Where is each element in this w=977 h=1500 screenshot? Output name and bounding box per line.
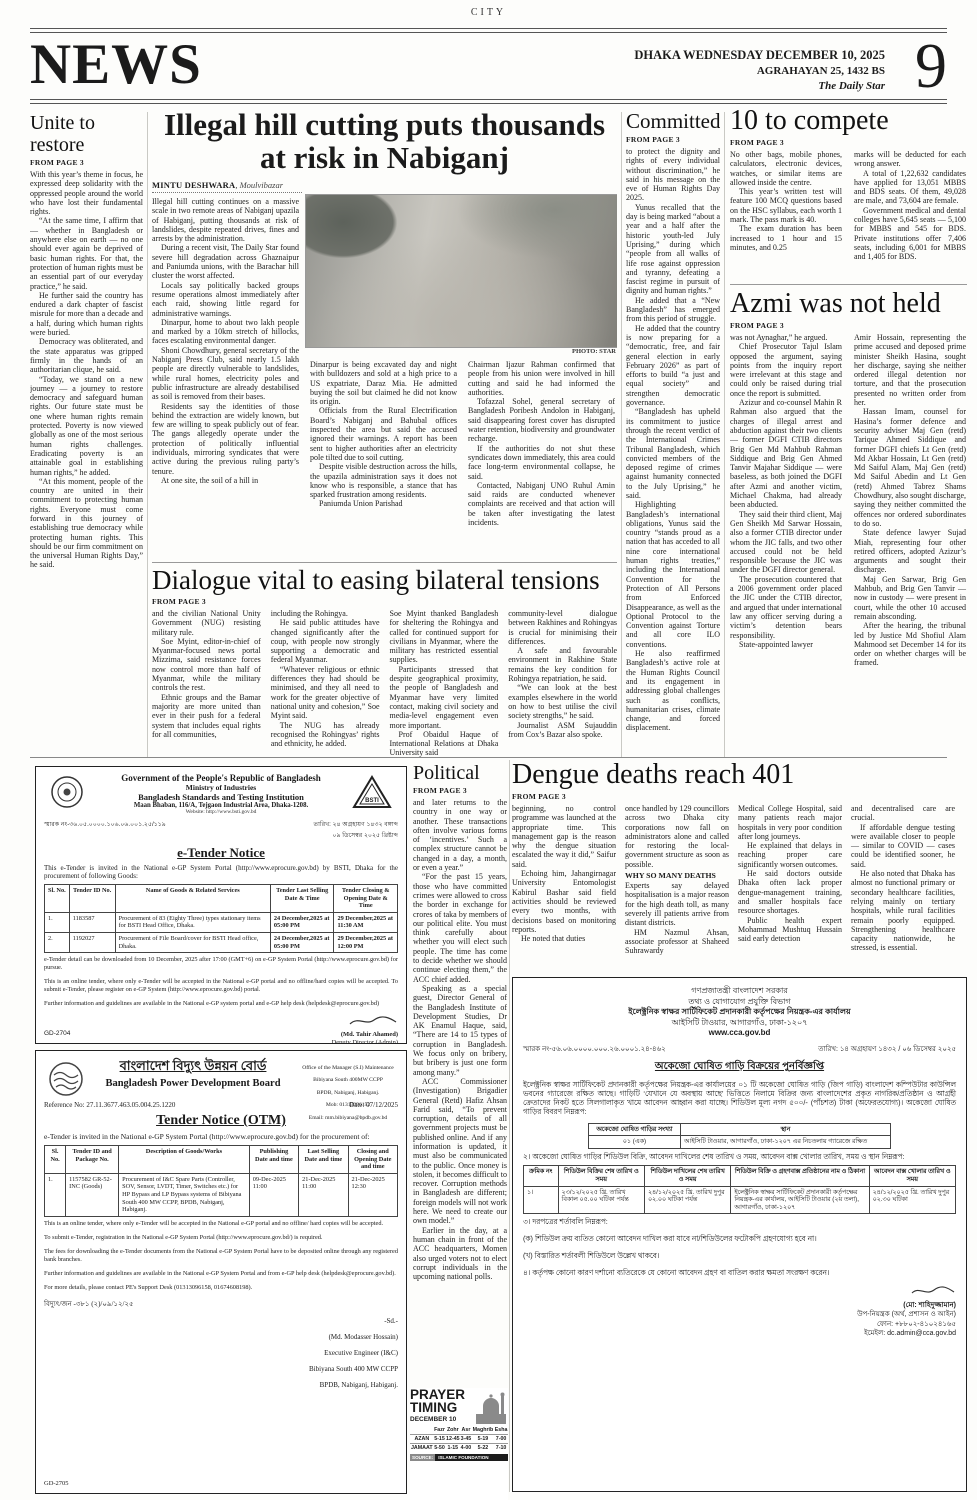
schedule-table: ক্রমিক নং শিডিউল বিক্রির শেষ তারিখ ও সময… bbox=[523, 1165, 956, 1214]
body-column-4: community-level dialogue between Rakhine… bbox=[508, 609, 617, 757]
newspaper-page: CITY NEWS DHAKA WEDNESDAY DECEMBER 10, 2… bbox=[0, 0, 977, 1500]
th-closing: Tender Closing & Opening Date & Time bbox=[334, 885, 398, 913]
signatory-title: Deputy Director (Admin) bbox=[332, 1039, 398, 1044]
prayer-source: SOURCE: ISLAMIC FOUNDATION bbox=[410, 1454, 508, 1461]
body-column-2: once handled by 129 councillors across t… bbox=[625, 804, 729, 972]
signature-block: (Md. Tahir Ahamed) Deputy Director (Admi… bbox=[44, 1014, 398, 1044]
kicker: FROM PAGE 3 bbox=[413, 786, 507, 795]
reference-bn: বিদ্যুৎ/জন -৩৮১ (২)/০৯/১২/২৫ bbox=[44, 1298, 398, 1310]
article-headline: Dengue deaths reach 401 bbox=[512, 760, 967, 790]
org-name-bn: বাংলাদেশ বিদ্যুৎ উন্নয়ন বোর্ড bbox=[96, 1057, 290, 1078]
article-political: Political FROM PAGE 3 and later returns … bbox=[413, 762, 507, 1382]
signature-icon bbox=[910, 1285, 956, 1297]
body-column-1: and the civilian National Unity Governme… bbox=[152, 609, 261, 757]
conditions: ৩। দরপত্রের শর্তাবলি নিম্নরূপ:(ক) শিডিউল… bbox=[523, 1217, 956, 1277]
signature-icon bbox=[348, 1014, 398, 1028]
bsti-logo-icon: BSTI bbox=[352, 775, 392, 809]
body-column-2: Dinarpur is being excavated day and nigh… bbox=[310, 197, 457, 560]
th-id: Tender ID No. bbox=[69, 885, 115, 913]
section-label: CITY bbox=[0, 7, 977, 18]
article-unite-to-restore: Unite to restore FROM PAGE 3 With this y… bbox=[30, 112, 143, 758]
column-rule bbox=[147, 112, 148, 757]
kicker: FROM PAGE 3 bbox=[30, 158, 143, 167]
prayer-table: Fazr Zohr Asr Maghrib Esha AZAN 5-15 12-… bbox=[410, 1426, 508, 1452]
table-row: ১। ২৩/১২/২০২৫ খ্রি. তারিখ বিকাল ০৫.০০ ঘট… bbox=[524, 1186, 956, 1214]
article-title: Political bbox=[413, 762, 507, 784]
notice-address: Maan Bhaban, 116/A, Tejgaon Industrial A… bbox=[100, 802, 342, 809]
dateline-bangla-date: AGRAHAYAN 25, 1432 BS bbox=[634, 65, 885, 77]
cca-auction-notice: গণপ্রজাতন্ত্রী বাংলাদেশ সরকার তথ্য ও যোগ… bbox=[512, 977, 967, 1492]
memo-date: তারিখ: ২৪ অগ্রহায়ণ ১৪৩২ বঙ্গাব্দ ০৯ ডিস… bbox=[314, 819, 399, 841]
article-dengue: Dengue deaths reach 401 FROM PAGE 3 begi… bbox=[512, 760, 967, 972]
th-selling: Tender Last Selling Date & Time bbox=[270, 885, 334, 913]
body-column-3: Soe Myint thanked Bangladesh for shelter… bbox=[390, 609, 499, 757]
article-body: and later returns to the country in one … bbox=[413, 798, 507, 1281]
office-address: Office of the Manager (S.I) MaintenanceB… bbox=[298, 1059, 398, 1128]
notice-intro: e-Tender is invited in the National e-GP… bbox=[44, 1132, 398, 1141]
article-body: to protect the dignity and rights of eve… bbox=[626, 147, 720, 733]
body-column-3: Medical College Hospital, said many pati… bbox=[738, 804, 842, 972]
bsti-tender-notice: BSTI Government of the People's Republic… bbox=[35, 766, 407, 1044]
subhead: WHY SO MANY DEATHS bbox=[625, 871, 729, 880]
kicker: FROM PAGE 3 bbox=[512, 792, 967, 801]
th-sl: Sl. No. bbox=[45, 885, 70, 913]
memo-date-bn: তারিখ: ২৪ অগ্রহায়ণ ১৪৩২ বঙ্গাব্দ bbox=[314, 821, 399, 828]
item-2: ২। অকেজো ঘোষিত গাড়ির শিডিউল বিক্রি, আবে… bbox=[523, 1152, 956, 1162]
body-column-2: marks will be deducted for each wrong an… bbox=[854, 150, 966, 282]
notice-website: Website: http://www.bsti.gov.bd bbox=[100, 809, 342, 815]
signature-block: (মো: শাহিদুজ্জামান) উপ-নিয়ন্ত্রক (অর্থ,… bbox=[523, 1285, 956, 1339]
notice-address: আইসিটি টাওয়ার, আগারগাঁও, ঢাকা-১২০৭ bbox=[523, 1018, 956, 1029]
notice-paragraph: ইলেক্ট্রনিক স্বাক্ষর সার্টিফিকেট প্রদানক… bbox=[523, 1080, 956, 1117]
reference-number: Reference No: 27.11.3677.463.05.004.25.1… bbox=[44, 1101, 175, 1109]
masthead: NEWS bbox=[30, 36, 202, 94]
th-goods: Name of Goods & Related Services bbox=[115, 885, 270, 913]
ad-code: GD-2704 bbox=[44, 1030, 70, 1037]
article-hill-cutting: Illegal hill cutting puts thousands at r… bbox=[152, 108, 617, 560]
article-body: With this year’s theme in focus, he expr… bbox=[30, 170, 143, 570]
article-10-to-compete: 10 to compete FROM PAGE 3 No other bags,… bbox=[730, 106, 967, 282]
signatory-phone: ফোন: +৮৮০২-৪১০২৪১৬৫ bbox=[877, 1321, 956, 1328]
dateline-date: DHAKA WEDNESDAY DECEMBER 10, 2025 bbox=[634, 48, 885, 63]
body-column-2: including the Rohingya.He said public at… bbox=[271, 609, 380, 757]
notice-ministry: Ministry of Industries bbox=[100, 783, 342, 792]
article-title: 10 to compete bbox=[730, 106, 967, 136]
tender-table: Sl. No. Tender ID and Package No. Descri… bbox=[44, 1145, 398, 1217]
table-row: 1. 1157582 GR-52-INC (Goods) Procurement… bbox=[45, 1173, 398, 1216]
signatory-title: উপ-নিয়ন্ত্রক (অর্থ, প্রশাসন ও আইন) bbox=[857, 1311, 956, 1318]
column-rule bbox=[724, 112, 725, 757]
header-rule-bottom bbox=[30, 99, 947, 104]
article-title: Azmi was not held bbox=[730, 289, 967, 319]
bpdb-tender-notice: বাংলাদেশ বিদ্যুৎ উন্নয়ন বোর্ড Banglades… bbox=[35, 1050, 407, 1494]
paper-name: The Daily Star bbox=[634, 80, 885, 92]
byline: MINTU DESHWARA, Moulvibazar bbox=[152, 180, 302, 193]
kicker: FROM PAGE 3 bbox=[626, 135, 720, 144]
mosque-icon bbox=[474, 1388, 508, 1426]
azan-row: AZAN 5-15 12-45 3-45 5-19 7-00 bbox=[410, 1435, 508, 1444]
prayer-timing-widget: PRAYER TIMING DECEMBER 10 Fazr Zohr Asr … bbox=[410, 1388, 508, 1500]
kicker: FROM PAGE 3 bbox=[152, 597, 617, 606]
notice-notes: e-Tender detail can be downloaded from 1… bbox=[44, 956, 398, 1008]
column-rule bbox=[621, 112, 622, 757]
notice-gov: গণপ্রজাতন্ত্রী বাংলাদেশ সরকার bbox=[523, 986, 956, 997]
notice-title: অকেজো ঘোষিত গাড়ি বিক্রয়ের পুনর্বিজ্ঞপ্… bbox=[523, 1059, 956, 1076]
body-column-4: and decentralised care are crucial.If af… bbox=[851, 804, 955, 972]
table-row: 1. 1183587 Procurement of 83 (Eighty Thr… bbox=[45, 912, 398, 932]
body-column-2: Amir Hossain, representing the prime acc… bbox=[854, 333, 966, 745]
vehicle-table: অকেজো ঘোষিত গাড়ির সংখ্যা স্থান ০১ (এক) … bbox=[588, 1123, 891, 1149]
notice-org: Government of the People's Republic of B… bbox=[100, 773, 342, 783]
signatory-name: (মো: শাহিদুজ্জামান) bbox=[903, 1302, 956, 1309]
byline-location: , Moulvibazar bbox=[235, 180, 283, 190]
govt-seal-icon bbox=[50, 775, 84, 809]
column-rule bbox=[509, 760, 510, 1492]
svg-text:BSTI: BSTI bbox=[365, 798, 379, 804]
article-headline: Illegal hill cutting puts thousands at r… bbox=[152, 108, 617, 174]
memo-date-en: ০৯ ডিসেম্বর ২০২৫ খ্রিষ্টাব্দ bbox=[333, 832, 398, 839]
section-divider bbox=[30, 757, 947, 758]
bpdb-logo-icon bbox=[48, 1061, 84, 1097]
notice-website: www.cca.gov.bd bbox=[523, 1028, 956, 1039]
notice-division: তথ্য ও যোগাযোগ প্রযুক্তি বিভাগ bbox=[523, 997, 956, 1008]
byline-name: MINTU DESHWARA bbox=[152, 180, 235, 190]
dateline: DHAKA WEDNESDAY DECEMBER 10, 2025 AGRAHA… bbox=[634, 48, 885, 92]
article-headline: Dialogue vital to easing bilateral tensi… bbox=[152, 566, 617, 595]
jamaat-row: JAMAAT 5-50 1-15 4-00 5-22 7-10 bbox=[410, 1444, 508, 1453]
table-row: 2. 1192027 Procurement of File Board/cov… bbox=[45, 932, 398, 952]
body-column-1: Illegal hill cutting continues on a mass… bbox=[152, 197, 299, 560]
notice-intro: This e-Tender is invited in the National… bbox=[44, 864, 398, 880]
notice-notes: This is an online tender, where only e-T… bbox=[44, 1220, 398, 1292]
body-column-1: was not Aynaghar,” he argued.Chief Prose… bbox=[730, 333, 842, 745]
tender-table: Sl. No. Tender ID No. Name of Goods & Re… bbox=[44, 884, 398, 953]
article-title: Unite to restore bbox=[30, 112, 143, 156]
notice-office: ইলেক্ট্রনিক স্বাক্ষর সার্টিফিকেট প্রদানক… bbox=[523, 1007, 956, 1018]
article-azmi: Azmi was not held FROM PAGE 3 was not Ay… bbox=[730, 284, 967, 762]
page-number: 9 bbox=[915, 34, 947, 98]
body-column-1: No other bags, mobile phones, calculator… bbox=[730, 150, 842, 282]
article-title: Committed bbox=[626, 110, 720, 133]
article-dialogue: Dialogue vital to easing bilateral tensi… bbox=[152, 562, 617, 761]
signatory-email: ইমেইল: dc.admin@cca.gov.bd bbox=[864, 1330, 956, 1337]
memo-number: স্মারক নং-৩৬.০৫.০০০০.১০৬.০৬.০০১.২৫/১১৯ bbox=[44, 819, 166, 841]
ad-code: GD-2705 bbox=[44, 1480, 69, 1487]
signature-block: -Sd.-(Md. Modasser Hossain)Executive Eng… bbox=[44, 1317, 398, 1390]
notice-title: e-Tender Notice bbox=[44, 845, 398, 861]
signatory-name: (Md. Tahir Ahamed) bbox=[341, 1031, 398, 1038]
article-committed: Committed FROM PAGE 3 to protect the dig… bbox=[626, 110, 720, 757]
body-column-3: Chairman Ijazur Rahman confirmed that pe… bbox=[468, 197, 615, 560]
notice-institution: Bangladesh Standards and Testing Institu… bbox=[100, 792, 342, 802]
kicker: FROM PAGE 3 bbox=[730, 138, 967, 147]
memo-number: স্মারক নং-৫৬.০৬.০০০০.০০০.২৬.০০০১.২৪-৪৬২ bbox=[523, 1043, 666, 1055]
memo-date: তারিখ: ১৪ অগ্রহায়ণ ১৪৩২ / ০৬ ডিসেম্বর ২… bbox=[818, 1043, 956, 1055]
table-row: ০১ (এক) আইসিটি টাওয়ার, আগারগাঁও, ঢাকা-১… bbox=[588, 1136, 890, 1149]
kicker: FROM PAGE 3 bbox=[730, 321, 967, 330]
body-column-1: beginning, no control programme was laun… bbox=[512, 804, 616, 972]
org-name-en: Bangladesh Power Development Board bbox=[96, 1078, 290, 1089]
